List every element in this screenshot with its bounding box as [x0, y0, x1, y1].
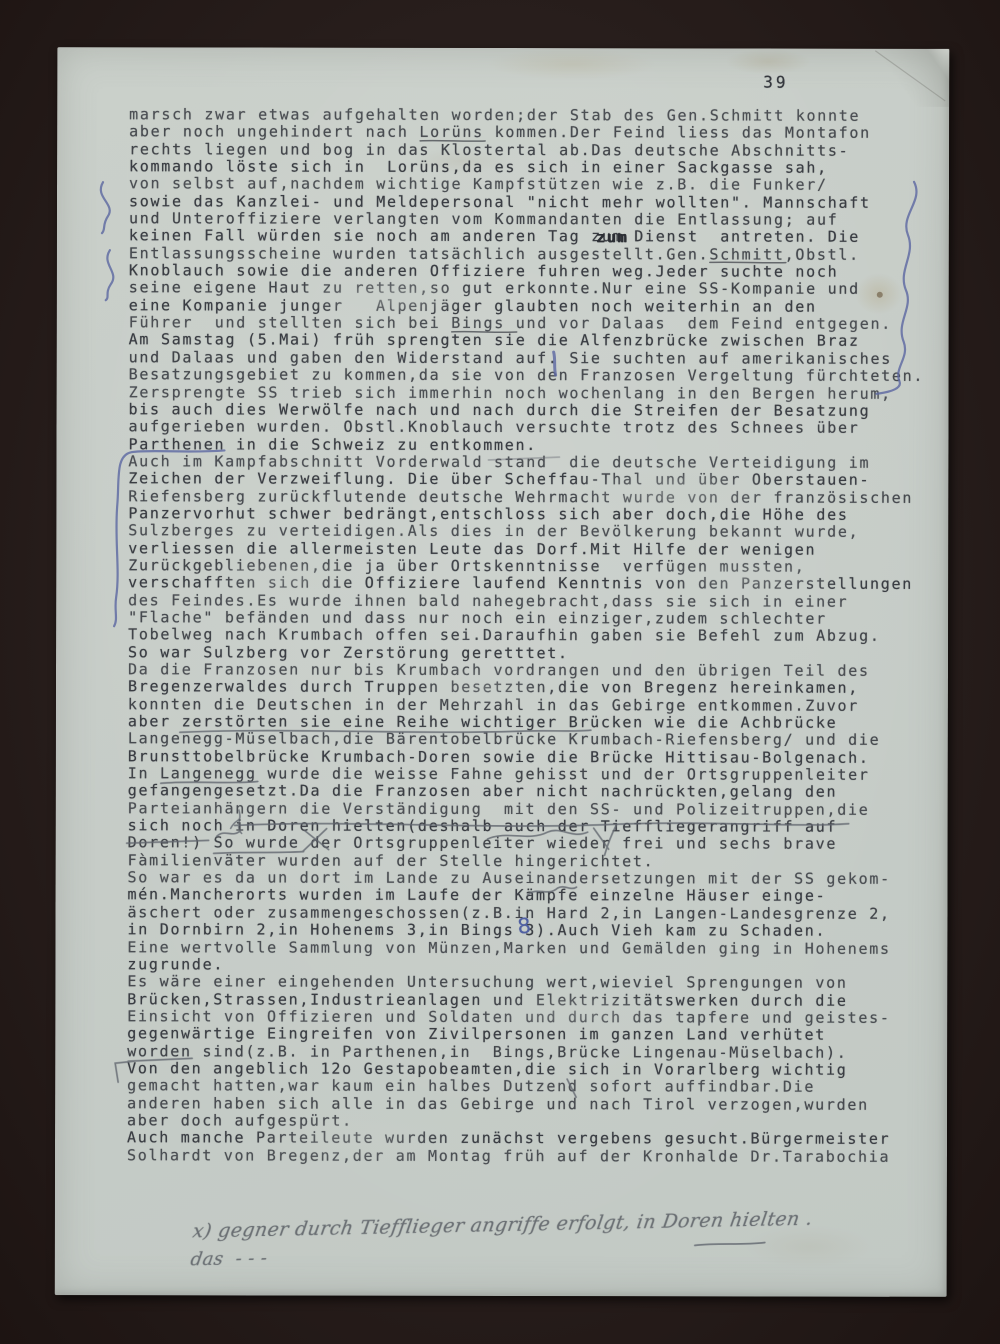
typed-line: Tobelweg nach Krumbach offen sei.Daraufh… — [128, 627, 940, 646]
typed-line: äschert oder zusammengeschossen(z.B.in H… — [127, 904, 939, 923]
typed-line: seine eigene Haut zu retten,so gut erkon… — [129, 280, 941, 299]
overstruck-word: zum — [596, 228, 628, 246]
typed-line: Zurückgebliebenen,die ja über Ortskenntn… — [128, 557, 940, 576]
typed-line: und Unteroffiziere verlangten vom Komman… — [129, 210, 941, 229]
typed-line: Langenegg-Müselbach,die Bärentobelbrücke… — [128, 731, 940, 750]
typed-line: Es wäre einer eingehenden Untersuchung w… — [127, 973, 939, 992]
typed-line: Führer und stellten sich bei Bings und v… — [129, 314, 941, 333]
left-margin-squiggle-2 — [106, 250, 114, 300]
typed-line: Einsicht von Offizieren und Soldaten und… — [127, 1008, 939, 1027]
typed-line: worden sind(z.B. in Parthenen,in Bings,B… — [127, 1043, 939, 1062]
typed-line: von selbst auf,nachdem wichtige Kampfstü… — [129, 176, 941, 195]
handwritten-footnote-line2: das - - - — [189, 1248, 269, 1271]
page-number: 39 — [763, 73, 788, 92]
typed-line: So war es da un dort im Lande zu Auseina… — [128, 869, 940, 888]
paper-stain — [487, 48, 657, 80]
typed-line: aufgerieben wurden. Obstl.Knoblauch vers… — [128, 418, 940, 437]
paper-stain — [745, 1225, 875, 1269]
photo-background: 39 marsch zwar etwas aufgehalten worden;… — [0, 0, 1000, 1344]
typed-line: Auch im Kampfabschnitt Vorderwald stand … — [128, 453, 940, 472]
blue-ink-numeral-correction: 8 — [516, 913, 532, 938]
fold-crease — [827, 49, 949, 107]
handwriting-underline-doren — [695, 1242, 765, 1245]
typed-line: In Langenegg wurde die weisse Fahne gehi… — [128, 765, 940, 784]
typed-line: Solhardt von Bregenz,der am Montag früh … — [127, 1147, 939, 1166]
typed-line: Entlassungsscheine wurden tatsächlich au… — [129, 245, 941, 264]
document-page: 39 marsch zwar etwas aufgehalten worden;… — [55, 47, 950, 1297]
typed-line: Parteianhängern die Verständigung mit de… — [128, 800, 940, 819]
typed-text-block: marsch zwar etwas aufgehalten worden;der… — [127, 106, 941, 1166]
crease-line — [875, 51, 945, 101]
typed-line: rechts liegen und bog in das Klostertal … — [129, 141, 941, 160]
handwritten-footnote-line1: x) gegner durch Tiefflieger angriffe erf… — [191, 1208, 814, 1243]
typed-line: konnten die Deutschen in der Mehrzahl in… — [128, 696, 940, 715]
left-margin-squiggle-1 — [101, 182, 110, 233]
typed-line: Da die Franzosen nur bis Krumbach vordra… — [128, 661, 940, 680]
typed-line: Sulzberges zu verteidigen.Als dies in de… — [128, 522, 940, 541]
typed-line: aber doch aufgespürt. — [127, 1112, 939, 1131]
typed-line: Riefensberg zurückflutende deutsche Wehr… — [128, 488, 940, 507]
paper-stain — [725, 48, 811, 74]
typed-line: Zersprengte SS trieb sich immerhin noch … — [129, 384, 941, 403]
typed-line: Eine wertvolle Sammlung von Münzen,Marke… — [127, 939, 939, 958]
